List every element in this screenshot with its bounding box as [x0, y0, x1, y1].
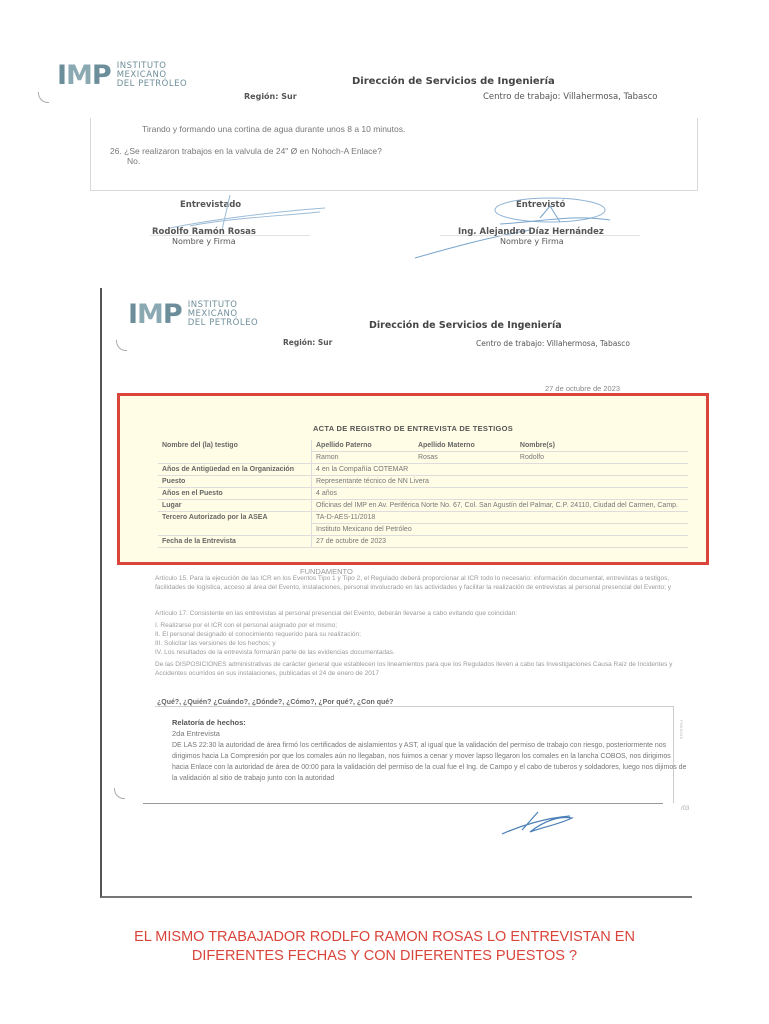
article-17-list: I. Realizarse por el ICR con el personal…	[155, 621, 685, 657]
page-number: /03	[681, 806, 689, 812]
row-label: Fecha de la Entrevista	[158, 536, 312, 548]
region-label: Región: Sur	[283, 338, 332, 347]
region-label: Región: Sur	[244, 92, 297, 101]
row-label: Años en el Puesto	[158, 488, 312, 500]
row-value: 27 de octubre de 2023	[312, 536, 689, 548]
questions-header: ¿Qué?, ¿Quién? ¿Cuándo?, ¿Dónde?, ¿Cómo?…	[157, 699, 393, 706]
name-values: Ramon Rosas Rodolfo	[312, 452, 689, 464]
table-row: Nombre del (la) testigo Apellido Paterno…	[158, 440, 688, 452]
article-15-text: Artículo 15. Para la ejecución de las IC…	[155, 574, 685, 592]
witness-table: Nombre del (la) testigo Apellido Paterno…	[158, 440, 688, 548]
workplace-label: Centro de trabajo: Villahermosa, Tabasco	[476, 339, 630, 348]
relatoria-body: DE LAS 22:30 la autoridad de área firmó …	[172, 740, 687, 784]
question-26: 26. ¿Se realizaron trabajos en la valvul…	[110, 146, 382, 156]
imp-logo-text: INSTITUTO MEXICANO DEL PETRÓLEO	[117, 62, 187, 89]
side-stamp-code: FMXXXXX	[679, 720, 684, 766]
interviewee-sub: Nombre y Firma	[172, 237, 236, 246]
interviewer-sub: Nombre y Firma	[500, 237, 564, 246]
embedded-document-frame	[100, 288, 692, 898]
imp-logo: IMP INSTITUTO MEXICANO DEL PETRÓLEO	[57, 62, 187, 89]
row-value: 4 años	[312, 488, 689, 500]
imp-logo-mark: IMP	[128, 301, 182, 328]
article-17-text: Artículo 17. Consistente en las entrevis…	[155, 609, 685, 618]
imp-logo-mark: IMP	[57, 62, 111, 89]
row-label: Lugar	[158, 500, 312, 512]
row-label: Nombre del (la) testigo	[158, 440, 312, 464]
caption-annotation: EL MISMO TRABAJADOR RODLFO RAMON ROSAS L…	[0, 928, 769, 966]
list-item: I. Realizarse por el ICR con el personal…	[155, 621, 685, 630]
interviewer-name: Ing. Alejandro Díaz Hernández	[458, 227, 604, 237]
answer-26: No.	[127, 156, 140, 166]
caption-line-2: DIFERENTES FECHAS Y CON DIFERENTES PUEST…	[0, 947, 769, 966]
imp-logo: IMP INSTITUTO MEXICANO DEL PETRÓLEO	[128, 301, 258, 328]
table-row: Tercero Autorizado por la ASEA TA-D-AES-…	[158, 512, 688, 524]
row-label: Puesto	[158, 476, 312, 488]
row-value: TA-D-AES-11/2018	[312, 512, 689, 524]
answer-text: Tirando y formando una cortina de agua d…	[142, 124, 405, 134]
acta-title: ACTA DE REGISTRO DE ENTREVISTA DE TESTIG…	[117, 424, 709, 433]
list-item: III. Solicitar las versiones de los hech…	[155, 639, 685, 648]
table-row: Lugar Oficinas del IMP en Av. Periférica…	[158, 500, 688, 512]
table-row: Puesto Representante técnico de NN Liver…	[158, 476, 688, 488]
document-date: 27 de octubre de 2023	[545, 384, 620, 393]
table-row: Fecha de la Entrevista 27 de octubre de …	[158, 536, 688, 548]
disposiciones-text: De las DISPOSICIONES administrativas de …	[155, 660, 685, 678]
punch-hole-mark	[38, 92, 49, 103]
row-label: Años de Antigüedad en la Organización	[158, 464, 312, 476]
signature-initials	[500, 810, 580, 838]
table-row: Años en el Puesto 4 años	[158, 488, 688, 500]
footer-divider	[143, 803, 663, 804]
imp-logo-text: INSTITUTO MEXICANO DEL PETRÓLEO	[188, 301, 258, 328]
table-row: Años de Antigüedad en la Organización 4 …	[158, 464, 688, 476]
relatoria-title: Relatoría de hechos:	[172, 718, 246, 727]
caption-line-1: EL MISMO TRABAJADOR RODLFO RAMON ROSAS L…	[0, 928, 769, 947]
row-value: Representante técnico de NN Livera	[312, 476, 689, 488]
workplace-label: Centro de trabajo: Villahermosa, Tabasco	[483, 92, 658, 102]
interviewee-name: Rodolfo Ramón Rosas	[152, 227, 256, 237]
direction-title: Dirección de Servicios de Ingeniería	[352, 76, 555, 87]
direction-title: Dirección de Servicios de Ingeniería	[369, 320, 562, 331]
row-value: 4 en la Compañía COTEMAR	[312, 464, 689, 476]
list-item: IV. Los resultados de la entrevista form…	[155, 648, 685, 657]
relatoria-subtitle: 2da Entrevista	[172, 729, 220, 738]
list-item: II. El personal designado el conocimient…	[155, 630, 685, 639]
row-value: Oficinas del IMP en Av. Periférica Norte…	[312, 500, 689, 512]
row-label: Tercero Autorizado por la ASEA	[158, 512, 312, 536]
name-headers: Apellido Paterno Apellido Materno Nombre…	[312, 440, 689, 452]
row-value: Instituto Mexicano del Petróleo	[312, 524, 689, 536]
